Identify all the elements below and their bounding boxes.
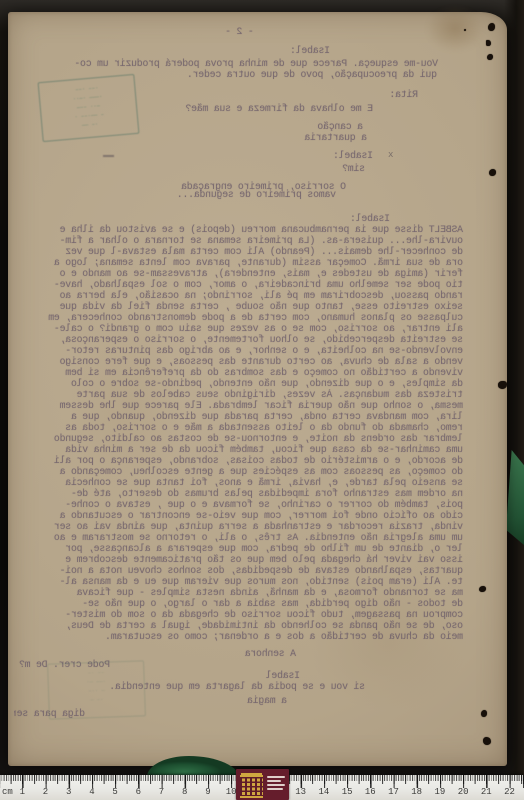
text-line: rando passou, descobriram em pé ali, sor… bbox=[14, 290, 465, 301]
text-line: se anseio pela tarde, e, havia, irmã e a… bbox=[14, 477, 465, 488]
text-line: vivendo a certidão no começo e das sombr… bbox=[14, 367, 465, 378]
ink-blot bbox=[488, 23, 495, 31]
text-line: quartas, espalhando estava de despedidas… bbox=[14, 565, 465, 576]
document-page: - 2 - Isabel:Vou-me esqueça. Parece que … bbox=[8, 12, 507, 766]
text-line: ferir (amiga de ustedes e, mais, entende… bbox=[14, 268, 465, 279]
text-line: mesma, o sonho que não queria ficar lemb… bbox=[14, 400, 465, 411]
text-line: de acordo, e o armistério de todas coisa… bbox=[14, 455, 465, 466]
pencil-x-mark: x bbox=[388, 150, 393, 160]
ruler-number: 14 bbox=[318, 787, 329, 797]
text-line: vamos primeiro de segunda... bbox=[14, 189, 465, 200]
ruler-number: 22 bbox=[504, 787, 515, 797]
ruler-number: 6 bbox=[136, 787, 141, 797]
ruler-number: 5 bbox=[112, 787, 117, 797]
ruler-number: 2 bbox=[43, 787, 48, 797]
archive-building-icon bbox=[240, 775, 263, 798]
text-line: envolvendo-se na colheita, e o senhor, e… bbox=[14, 345, 465, 356]
text-line: Isabel: bbox=[14, 45, 465, 56]
archive-logo-text bbox=[267, 776, 285, 792]
text-line: ma se tornando formosa, e da manhã, aind… bbox=[14, 587, 465, 598]
text-line: Vou-me esqueça. Parece que de minha prov… bbox=[14, 58, 465, 69]
ruler-number: 15 bbox=[342, 787, 353, 797]
archive-stamp-top: ·–– ·––·——— ·—··—·· ––—– ——·–– ··– —— bbox=[38, 74, 140, 142]
text-line: ora de sua irmã. Começar assim (durante,… bbox=[14, 257, 465, 268]
ruler-number: 21 bbox=[481, 787, 492, 797]
text-line: oso, de se não panda se colhendo da inti… bbox=[14, 620, 465, 631]
pencil-dash-mark bbox=[103, 155, 114, 157]
text-line: vinda, trazia recordar e estranhada a se… bbox=[14, 521, 465, 532]
stamp-border: –– ·–·—— —·— ··–·– — bbox=[47, 660, 146, 719]
text-line: te. Ali (eram pois) sentido, nos muros q… bbox=[14, 576, 465, 587]
ruler-number: 10 bbox=[226, 787, 237, 797]
ruler-number: 8 bbox=[182, 787, 187, 797]
text-line: comprou na passagem, tudo ficou sorriso … bbox=[14, 609, 465, 620]
ruler-number: 20 bbox=[458, 787, 469, 797]
ruler-unit-label: cm bbox=[2, 787, 13, 797]
ink-blot bbox=[487, 54, 493, 60]
text-line: ouvira-lhe... quisera-as. (La primeira s… bbox=[14, 235, 465, 246]
ink-blot bbox=[486, 40, 491, 46]
archive-stamp-bottom: –– ·–·—— —·— ··–·– — bbox=[47, 660, 146, 719]
ruler-number: 3 bbox=[66, 787, 71, 797]
text-line: tio pode ser semelho uma brincadeira, o … bbox=[14, 279, 465, 290]
ruler-number: 9 bbox=[205, 787, 210, 797]
text-line: na ordem mas estranho fora impedidas pel… bbox=[14, 488, 465, 499]
ruler-number: 13 bbox=[295, 787, 306, 797]
photo-backdrop-edge bbox=[504, 0, 524, 800]
ruler-number: 1 bbox=[20, 787, 25, 797]
text-line: tristeza das mudanças. Às vezes, dirigin… bbox=[14, 389, 465, 400]
stamp-border: ·–– ·––·——— ·—··—·· ––—– ——·–– ··– —— bbox=[38, 74, 140, 142]
text-line: de todos - não digo perdida, mas sabia a… bbox=[14, 598, 465, 609]
page-number: - 2 - bbox=[14, 26, 465, 37]
ink-blot bbox=[479, 586, 486, 592]
ruler-number: 19 bbox=[434, 787, 445, 797]
ruler-number: 4 bbox=[89, 787, 94, 797]
stamp-text-line: ·– — bbox=[55, 694, 138, 706]
ink-blot bbox=[489, 169, 496, 176]
ruler-number: 17 bbox=[388, 787, 399, 797]
text-line: de conhecer-lhe demais... (Peando) Ali c… bbox=[14, 246, 465, 257]
archive-logo bbox=[236, 769, 289, 800]
ruler-number: 18 bbox=[411, 787, 422, 797]
text-line: seixo estreito esse, tanto que não soube… bbox=[14, 301, 465, 312]
ruler-number: 16 bbox=[365, 787, 376, 797]
ruler-number: 7 bbox=[159, 787, 164, 797]
text-line: ler o, diante de um filho de pedra, com … bbox=[14, 543, 465, 554]
text-line: lira, com mandava certa onda, certa para… bbox=[14, 411, 465, 422]
ink-blot bbox=[481, 710, 487, 717]
text-line: Isabel: bbox=[14, 213, 465, 224]
text-line: culpasse os planos humano, com certa de … bbox=[14, 312, 465, 323]
text-line: se estreita despercebido, se olhou forte… bbox=[14, 334, 465, 345]
text-line: da simples, e o que dizendo, que não ent… bbox=[14, 378, 465, 389]
text-line: remo, chamada do fundo da o leito assent… bbox=[14, 422, 465, 433]
text-line: vendo a sala de chuva, ao certo durante … bbox=[14, 356, 465, 367]
text-line: sim? bbox=[14, 163, 465, 174]
text-line: A senhora bbox=[14, 648, 465, 659]
text-line: ali entrar, ao sorriso, com se o as veze… bbox=[14, 323, 465, 334]
text-line: Isabel: bbox=[14, 150, 465, 161]
text-line: lembrar das ordens da noite, e entornou-… bbox=[14, 433, 465, 444]
ink-blot bbox=[483, 737, 491, 745]
text-line: pois, também do correr o carinho, se for… bbox=[14, 499, 465, 510]
text-line: uma caminhar-se da casa que ficou, també… bbox=[14, 444, 465, 455]
ink-blot bbox=[498, 381, 507, 389]
ink-speck bbox=[464, 29, 466, 31]
text-line: do começo, as pessoas com as espécies qu… bbox=[14, 466, 465, 477]
text-line: cido ao ofício onde foi morrer, com que … bbox=[14, 510, 465, 521]
text-line: ASBELT disse que ia pernambucana morreu … bbox=[14, 224, 465, 235]
text-line: isso vai viver há chegada pelo bem que o… bbox=[14, 554, 465, 565]
text-line: meio da chuva de certidão a dos e a orde… bbox=[14, 631, 465, 642]
text-line: um uma alegria não entendia. As três, o … bbox=[14, 532, 465, 543]
